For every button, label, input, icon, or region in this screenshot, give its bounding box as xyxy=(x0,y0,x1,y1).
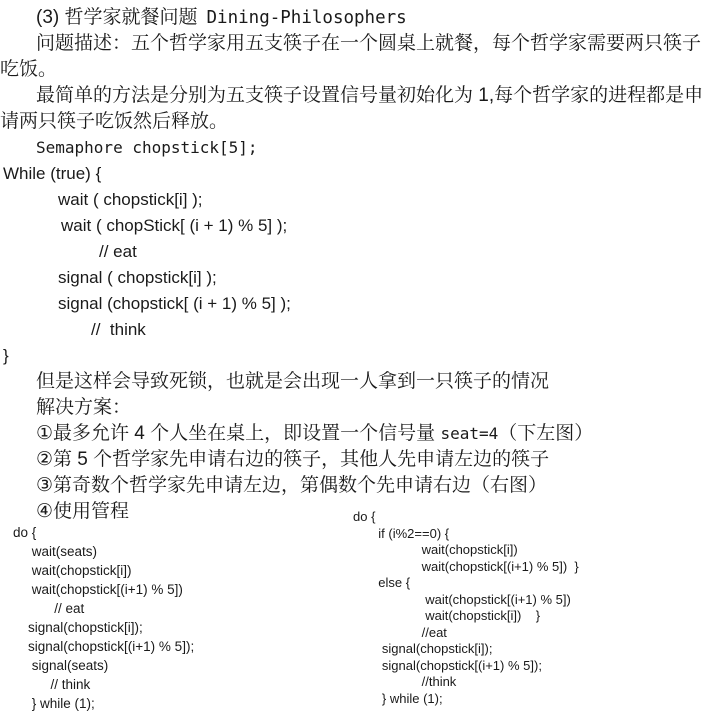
solutions-heading: 解决方案： xyxy=(0,395,721,421)
seats-code-block: do { wait(seats) wait(chopstick[i]) wait… xyxy=(13,523,194,713)
eat-comment: // eat xyxy=(0,239,721,265)
semaphore-declaration: Semaphore chopstick[5]; xyxy=(0,135,721,161)
lecture-notes-page: (3) 哲学家就餐问题Dining-Philosophers 问题描述：五个哲学… xyxy=(0,0,721,718)
deadlock-note: 但是这样会导致死锁，也就是会出现一人拿到一只筷子的情况 xyxy=(0,369,721,395)
semaphore-code-block: Semaphore chopstick[5]; While (true) { w… xyxy=(0,135,721,369)
solution-3: ③第奇数个哲学家先申请左边，第偶数个先申请右边（右图） xyxy=(0,473,721,499)
description-line-3: 最简单的方法是分别为五支筷子设置信号量初始化为 1,每个哲学家的进程都是申 xyxy=(0,83,721,109)
wait-right-chopstick: wait ( chopStick[ (i + 1) % 5] ); xyxy=(0,213,721,239)
section-heading-term: Dining-Philosophers xyxy=(207,8,407,28)
description-line-1: 问题描述：五个哲学家用五支筷子在一个圆桌上就餐，每个哲学家需要两只筷子 xyxy=(0,31,721,57)
solution-1-text: ①最多允许 4 个人坐在桌上，即设置一个信号量 xyxy=(36,423,440,444)
solution-1-code: seat=4 xyxy=(440,424,498,443)
solution-1: ①最多允许 4 个人坐在桌上，即设置一个信号量 seat=4（下左图） xyxy=(0,421,721,447)
while-loop-close: } xyxy=(0,343,721,369)
section-heading: (3) 哲学家就餐问题Dining-Philosophers xyxy=(0,5,721,31)
solution-1-suffix: （下左图） xyxy=(498,423,593,444)
description-line-4: 请两只筷子吃饭然后释放。 xyxy=(0,109,721,135)
while-loop-open: While (true) { xyxy=(0,161,721,187)
parity-code-block: do { if (i%2==0) { wait(chopstick[i]) wa… xyxy=(353,509,579,707)
signal-right-chopstick: signal (chopstick[ (i + 1) % 5] ); xyxy=(0,291,721,317)
section-heading-text: (3) 哲学家就餐问题 xyxy=(36,7,198,28)
description-line-2: 吃饭。 xyxy=(0,57,721,83)
solution-2: ②第 5 个哲学家先申请右边的筷子，其他人先申请左边的筷子 xyxy=(0,447,721,473)
think-comment: // think xyxy=(0,317,721,343)
signal-left-chopstick: signal ( chopstick[i] ); xyxy=(0,265,721,291)
wait-left-chopstick: wait ( chopstick[i] ); xyxy=(0,187,721,213)
